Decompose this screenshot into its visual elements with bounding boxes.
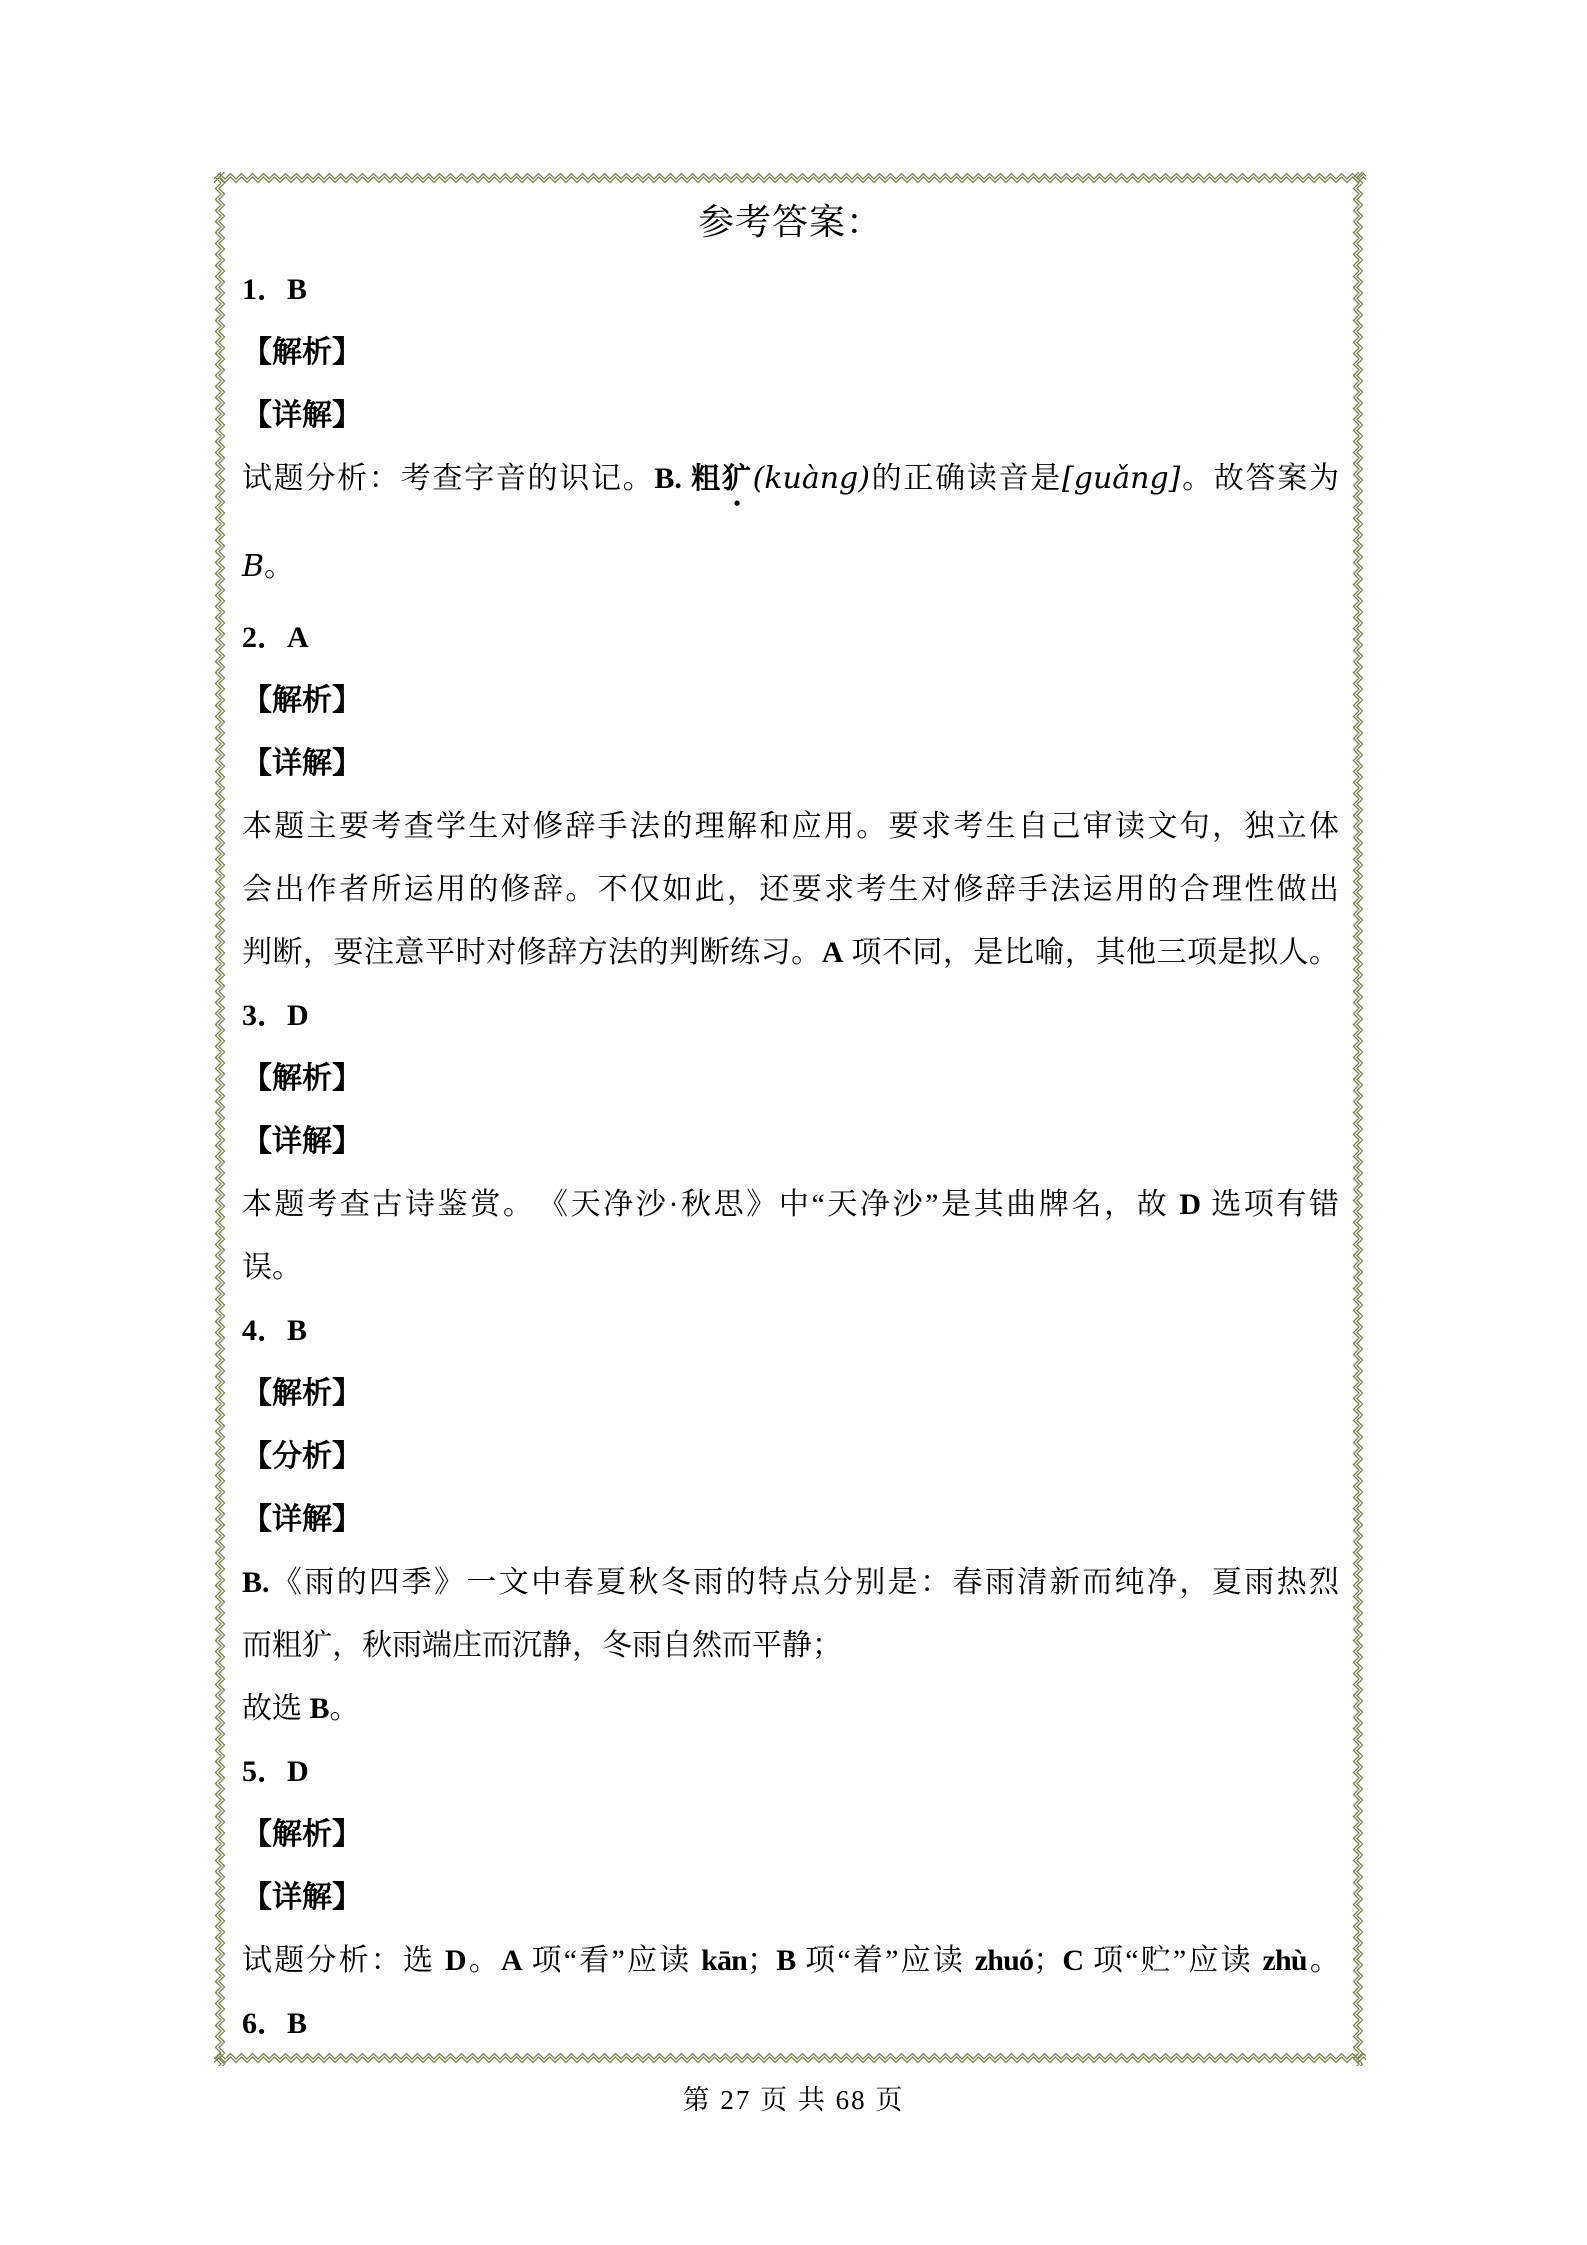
text-segment: A <box>822 936 844 969</box>
text-segment: 。 <box>1307 1944 1339 1977</box>
text-segment: 试题分析：选 <box>242 1944 445 1977</box>
text-segment: 【详解】 <box>242 1881 362 1914</box>
text-segment: 【详解】 <box>242 1125 362 1158</box>
text-segment: 3．D <box>242 999 309 1032</box>
text-segment: 【详解】 <box>242 1503 362 1536</box>
text-segment: ； <box>1033 1944 1062 1977</box>
text-segment: 本题主要考查学生对修辞手法的理解和应用。要求考生自己审读文句，独立体 <box>242 810 1339 843</box>
text-segment: 本题考查古诗鉴赏。 《天净沙·秋思》中“天净沙”是其曲牌名，故 <box>242 1188 1179 1221</box>
text-segment: 的正确读音是 <box>870 462 1062 495</box>
text-segment: 。 <box>466 1944 501 1977</box>
text-segment: 1．B <box>242 273 307 306</box>
text-segment: B. <box>654 462 691 495</box>
answer-lines: 1．B【解析】【详解】试题分析：考查字音的识记。B. 粗犷(kuàng)的正确读… <box>242 258 1339 2055</box>
body-text-line: 故选 B。 <box>242 1677 1339 1740</box>
text-segment: 《雨的四季》一文中春夏秋冬雨的特点分别是：春雨清新而纯净，夏雨热烈 <box>270 1566 1339 1599</box>
text-segment: D <box>1179 1188 1201 1221</box>
text-segment: 选项有错 <box>1201 1188 1339 1221</box>
text-segment: D <box>445 1944 466 1977</box>
text-segment: 【解析】 <box>242 684 362 717</box>
text-segment: 项“贮”应读 <box>1083 1944 1262 1977</box>
section-label: 【解析】 <box>242 1047 1339 1110</box>
section-label: 【分析】 <box>242 1425 1339 1488</box>
section-label: 【详解】 <box>242 1488 1339 1551</box>
text-segment: B. <box>242 1566 270 1599</box>
text-segment: 5．D <box>242 1755 309 1788</box>
text-segment: A <box>501 1944 522 1977</box>
body-text-line: 本题考查古诗鉴赏。 《天净沙·秋思》中“天净沙”是其曲牌名，故 D 选项有错 <box>242 1173 1339 1236</box>
text-segment: 项“着”应读 <box>795 1944 974 1977</box>
answer-sheet-content: 参考答案： 1．B【解析】【详解】试题分析：考查字音的识记。B. 粗犷(kuàn… <box>214 174 1366 2066</box>
text-segment: 项不同，是比喻，其他三项是拟人。 <box>843 936 1339 969</box>
text-segment: kān <box>701 1944 747 1977</box>
answer-line: 5．D <box>242 1740 1339 1803</box>
answer-line: 2．A <box>242 606 1339 669</box>
text-segment: 【详解】 <box>242 399 362 432</box>
text-segment: B <box>310 1692 330 1725</box>
body-text-line: B。 <box>242 535 1339 598</box>
text-segment: ； <box>747 1944 776 1977</box>
text-segment: B <box>242 549 264 584</box>
answer-line: 3．D <box>242 984 1339 1047</box>
text-segment: 【解析】 <box>242 1818 362 1851</box>
section-label: 【解析】 <box>242 669 1339 732</box>
body-text-line: 试题分析：选 D。A 项“看”应读 kān；B 项“着”应读 zhuó；C 项“… <box>242 1929 1339 1992</box>
section-label: 【解析】 <box>242 1803 1339 1866</box>
text-segment: B <box>776 1944 795 1977</box>
text-segment: 4．B <box>242 1314 307 1347</box>
body-text-line: 会出作者所运用的修辞。不仅如此，还要求考生对修辞手法运用的合理性做出 <box>242 858 1339 921</box>
section-label: 【详解】 <box>242 1866 1339 1929</box>
body-text-line: 判断，要注意平时对修辞方法的判断练习。A 项不同，是比喻，其他三项是拟人。 <box>242 921 1339 984</box>
page-footer: 第 27 页 共 68 页 <box>0 2078 1587 2117</box>
text-segment: 【解析】 <box>242 1062 362 1095</box>
body-text-line: 误。 <box>242 1236 1339 1299</box>
text-segment: 【解析】 <box>242 336 362 369</box>
body-text-line: 试题分析：考查字音的识记。B. 粗犷(kuàng)的正确读音是[guǎng]。故… <box>242 447 1339 510</box>
section-label: 【详解】 <box>242 384 1339 447</box>
text-segment: 6．B <box>242 2007 307 2040</box>
answer-line: 6．B <box>242 1992 1339 2055</box>
body-text-line: 而粗犷，秋雨端庄而沉静，冬雨自然而平静； <box>242 1614 1339 1677</box>
text-segment: zhuó <box>975 1944 1034 1977</box>
text-segment: 【解析】 <box>242 1377 362 1410</box>
text-segment: 试题分析：考查字音的识记。 <box>242 462 654 495</box>
section-label: 【解析】 <box>242 321 1339 384</box>
text-segment: 粗 <box>691 461 722 495</box>
text-segment: 。 <box>264 550 294 583</box>
body-text-line: B.《雨的四季》一文中春夏秋冬雨的特点分别是：春雨清新而纯净，夏雨热烈 <box>242 1551 1339 1614</box>
text-segment: 判断，要注意平时对修辞方法的判断练习。 <box>242 936 822 969</box>
text-segment: 。 <box>330 1692 360 1725</box>
text-segment: 故选 <box>242 1692 310 1725</box>
answer-line: 1．B <box>242 258 1339 321</box>
document-page: 参考答案： 1．B【解析】【详解】试题分析：考查字音的识记。B. 粗犷(kuàn… <box>0 0 1587 2245</box>
text-segment: 会出作者所运用的修辞。不仅如此，还要求考生对修辞手法运用的合理性做出 <box>242 873 1339 906</box>
text-segment: 误。 <box>242 1251 302 1284</box>
answer-line: 4．B <box>242 1299 1339 1362</box>
section-label: 【解析】 <box>242 1362 1339 1425</box>
text-segment: 项“看”应读 <box>522 1944 701 1977</box>
text-segment: 而粗犷，秋雨端庄而沉静，冬雨自然而平静； <box>242 1629 842 1662</box>
text-segment: 犷 <box>722 461 753 495</box>
body-text-line: 本题主要考查学生对修辞手法的理解和应用。要求考生自己审读文句，独立体 <box>242 795 1339 858</box>
text-segment: 2．A <box>242 621 309 654</box>
text-segment: zhù <box>1263 1944 1307 1977</box>
text-segment: 。故答案为 <box>1180 462 1339 495</box>
section-label: 【详解】 <box>242 732 1339 795</box>
text-segment: (kuàng) <box>753 461 870 496</box>
section-label: 【详解】 <box>242 1110 1339 1173</box>
text-segment: 【详解】 <box>242 747 362 780</box>
text-segment: C <box>1062 1944 1083 1977</box>
text-segment: [guǎng] <box>1062 461 1180 496</box>
text-segment: 【分析】 <box>242 1440 362 1473</box>
page-title: 参考答案： <box>242 190 1339 258</box>
